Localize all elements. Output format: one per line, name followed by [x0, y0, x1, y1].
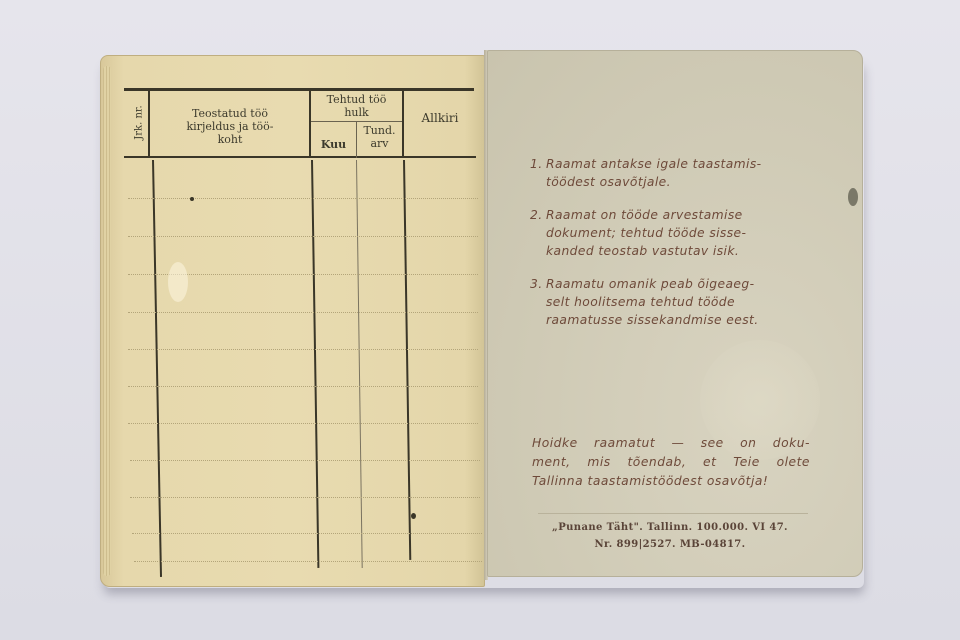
header-work-done-line: Tehtud töö	[311, 93, 402, 106]
header-description-line: Teostatud töö	[152, 107, 308, 120]
imprint-divider	[538, 513, 808, 514]
header-description: Teostatud töö kirjeldus ja töö- koht	[152, 107, 308, 146]
row-line	[128, 386, 478, 387]
keep-book-note: Hoidke raamatut — see on doku- ment, mis…	[532, 434, 810, 491]
instruction-number: 2.	[530, 206, 546, 224]
table-header-rule	[124, 156, 476, 158]
instruction-line: dokument; tehtud tööde sisse-	[530, 224, 810, 242]
row-line	[128, 236, 478, 237]
header-hours-line: Tund.	[357, 124, 402, 137]
paper-crease	[168, 262, 188, 302]
table-top-rule	[124, 88, 474, 91]
instruction-2: 2.Raamat on tööde arvestamise dokument; …	[530, 206, 810, 260]
instruction-line: selt hoolitsema tehtud tööde	[530, 293, 810, 311]
header-hours-line: arv	[357, 137, 402, 150]
printer-imprint-line2: Nr. 899|2527. MB-04817.	[520, 536, 820, 553]
header-nr: Jrk. nr.	[134, 98, 145, 148]
header-divider-1	[148, 90, 150, 158]
note-line: Tallinna taastamistöödest osavõtja!	[532, 472, 810, 491]
header-work-done: Tehtud töö hulk	[311, 93, 402, 119]
instruction-3: 3.Raamatu omanik peab õigeaeg- selt hool…	[530, 275, 810, 329]
row-line	[128, 312, 478, 313]
paper-tear	[848, 188, 858, 206]
instruction-line: Raamat on tööde arvestamise	[546, 208, 743, 222]
row-line	[134, 561, 482, 562]
row-line	[130, 460, 480, 461]
row-line	[130, 497, 480, 498]
instruction-line: raamatusse sissekandmise eest.	[530, 311, 810, 329]
instruction-line: Raamatu omanik peab õigeaeg-	[546, 277, 754, 291]
page-stack-edge	[103, 66, 111, 576]
row-line	[128, 198, 478, 199]
row-line	[128, 349, 478, 350]
instruction-number: 3.	[530, 275, 546, 293]
row-line	[128, 423, 478, 424]
header-description-line: koht	[152, 133, 308, 146]
ink-speck	[190, 197, 194, 201]
instruction-line: Raamat antakse igale taastamis-	[546, 157, 762, 171]
header-description-line: kirjeldus ja töö-	[152, 120, 308, 133]
note-line: Hoidke raamatut — see on doku-	[532, 434, 810, 453]
row-line	[132, 533, 482, 534]
header-hours: Tund. arv	[357, 124, 402, 150]
header-work-done-line: hulk	[311, 106, 402, 119]
printer-imprint-line1: „Punane Täht". Tallinn. 100.000. VI 47.	[520, 519, 820, 536]
instruction-1: 1.Raamat antakse igale taastamis- töödes…	[530, 155, 810, 191]
note-line: ment, mis tõendab, et Teie olete	[532, 453, 810, 472]
instruction-line: töödest osavõtjale.	[530, 173, 810, 191]
header-month: Kuu	[311, 138, 356, 151]
instruction-line: kanded teostab vastutav isik.	[530, 242, 810, 260]
header-signature: Allkiri	[404, 112, 476, 125]
ink-speck	[411, 513, 416, 519]
instruction-number: 1.	[530, 155, 546, 173]
